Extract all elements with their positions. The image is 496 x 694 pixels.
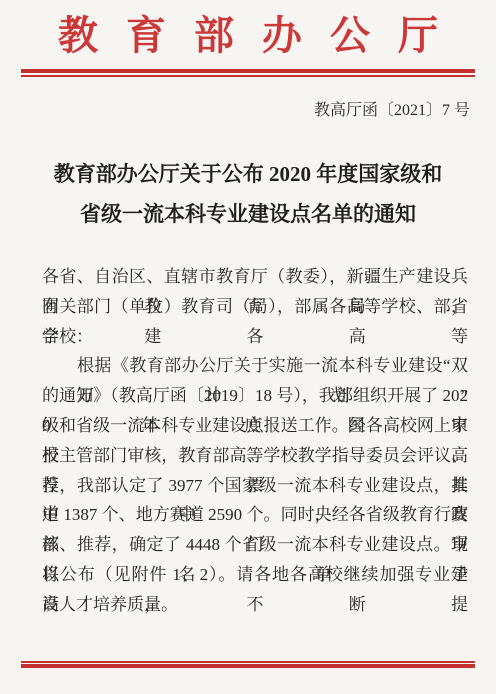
notice-title-line-1: 教育部办公厅关于公布 2020 年度国家级和 — [0, 154, 496, 194]
body-line: 以公布（见附件 1、2）。请各地各高校继续加强专业建设，不断提 — [42, 560, 468, 590]
body-line: 校主管部门审核，教育部高等学校教学指导委员会评议、投票推 — [42, 441, 468, 471]
body-line: 各省、自治区、直辖市教育厅（教委），新疆生产建设兵团教育局， — [42, 262, 468, 292]
body-line: 有关部门（单位）教育司（局），部属各高等学校、部省合建各高等 — [42, 292, 468, 322]
doc-number: 教高厅函〔2021〕7 号 — [0, 101, 470, 121]
body-line: 荐，我部认定了 3977 个国家级一流本科专业建设点，其中中央赛 — [42, 471, 468, 501]
notice-title-line-2: 省级一流本科专业建设点名单的通知 — [0, 194, 496, 234]
document-page: 教育部办公厅 教高厅函〔2021〕7 号 教育部办公厅关于公布 2020 年度国… — [0, 0, 496, 694]
footer-rule-thick — [21, 664, 475, 668]
notice-title: 教育部办公厅关于公布 2020 年度国家级和 省级一流本科专业建设点名单的通知 — [0, 154, 496, 234]
body-line: 级和省级一流本科专业建设点报送工作。经各高校网上申报、高 — [42, 411, 468, 441]
header-rule-thick — [21, 69, 475, 73]
body-line: 根据《教育部办公厅关于实施一流本科专业建设“双万计划” — [42, 351, 468, 381]
body-line: 的通知》（教高厅函〔2019〕18 号），我部组织开展了 2020 年度国家 — [42, 381, 468, 411]
body-line: 道 1387 个、地方赛道 2590 个。同时，经各省级教育行政部门审 — [42, 500, 468, 530]
agency-title: 教育部办公厅 — [18, 10, 478, 62]
body: 各省、自治区、直辖市教育厅（教委），新疆生产建设兵团教育局，有关部门（单位）教育… — [42, 262, 468, 620]
footer-rule-thin — [21, 661, 475, 663]
header-rule-thin — [21, 75, 475, 77]
body-line: 核、推荐，确定了 4448 个省级一流本科专业建设点。现将名单予 — [42, 530, 468, 560]
